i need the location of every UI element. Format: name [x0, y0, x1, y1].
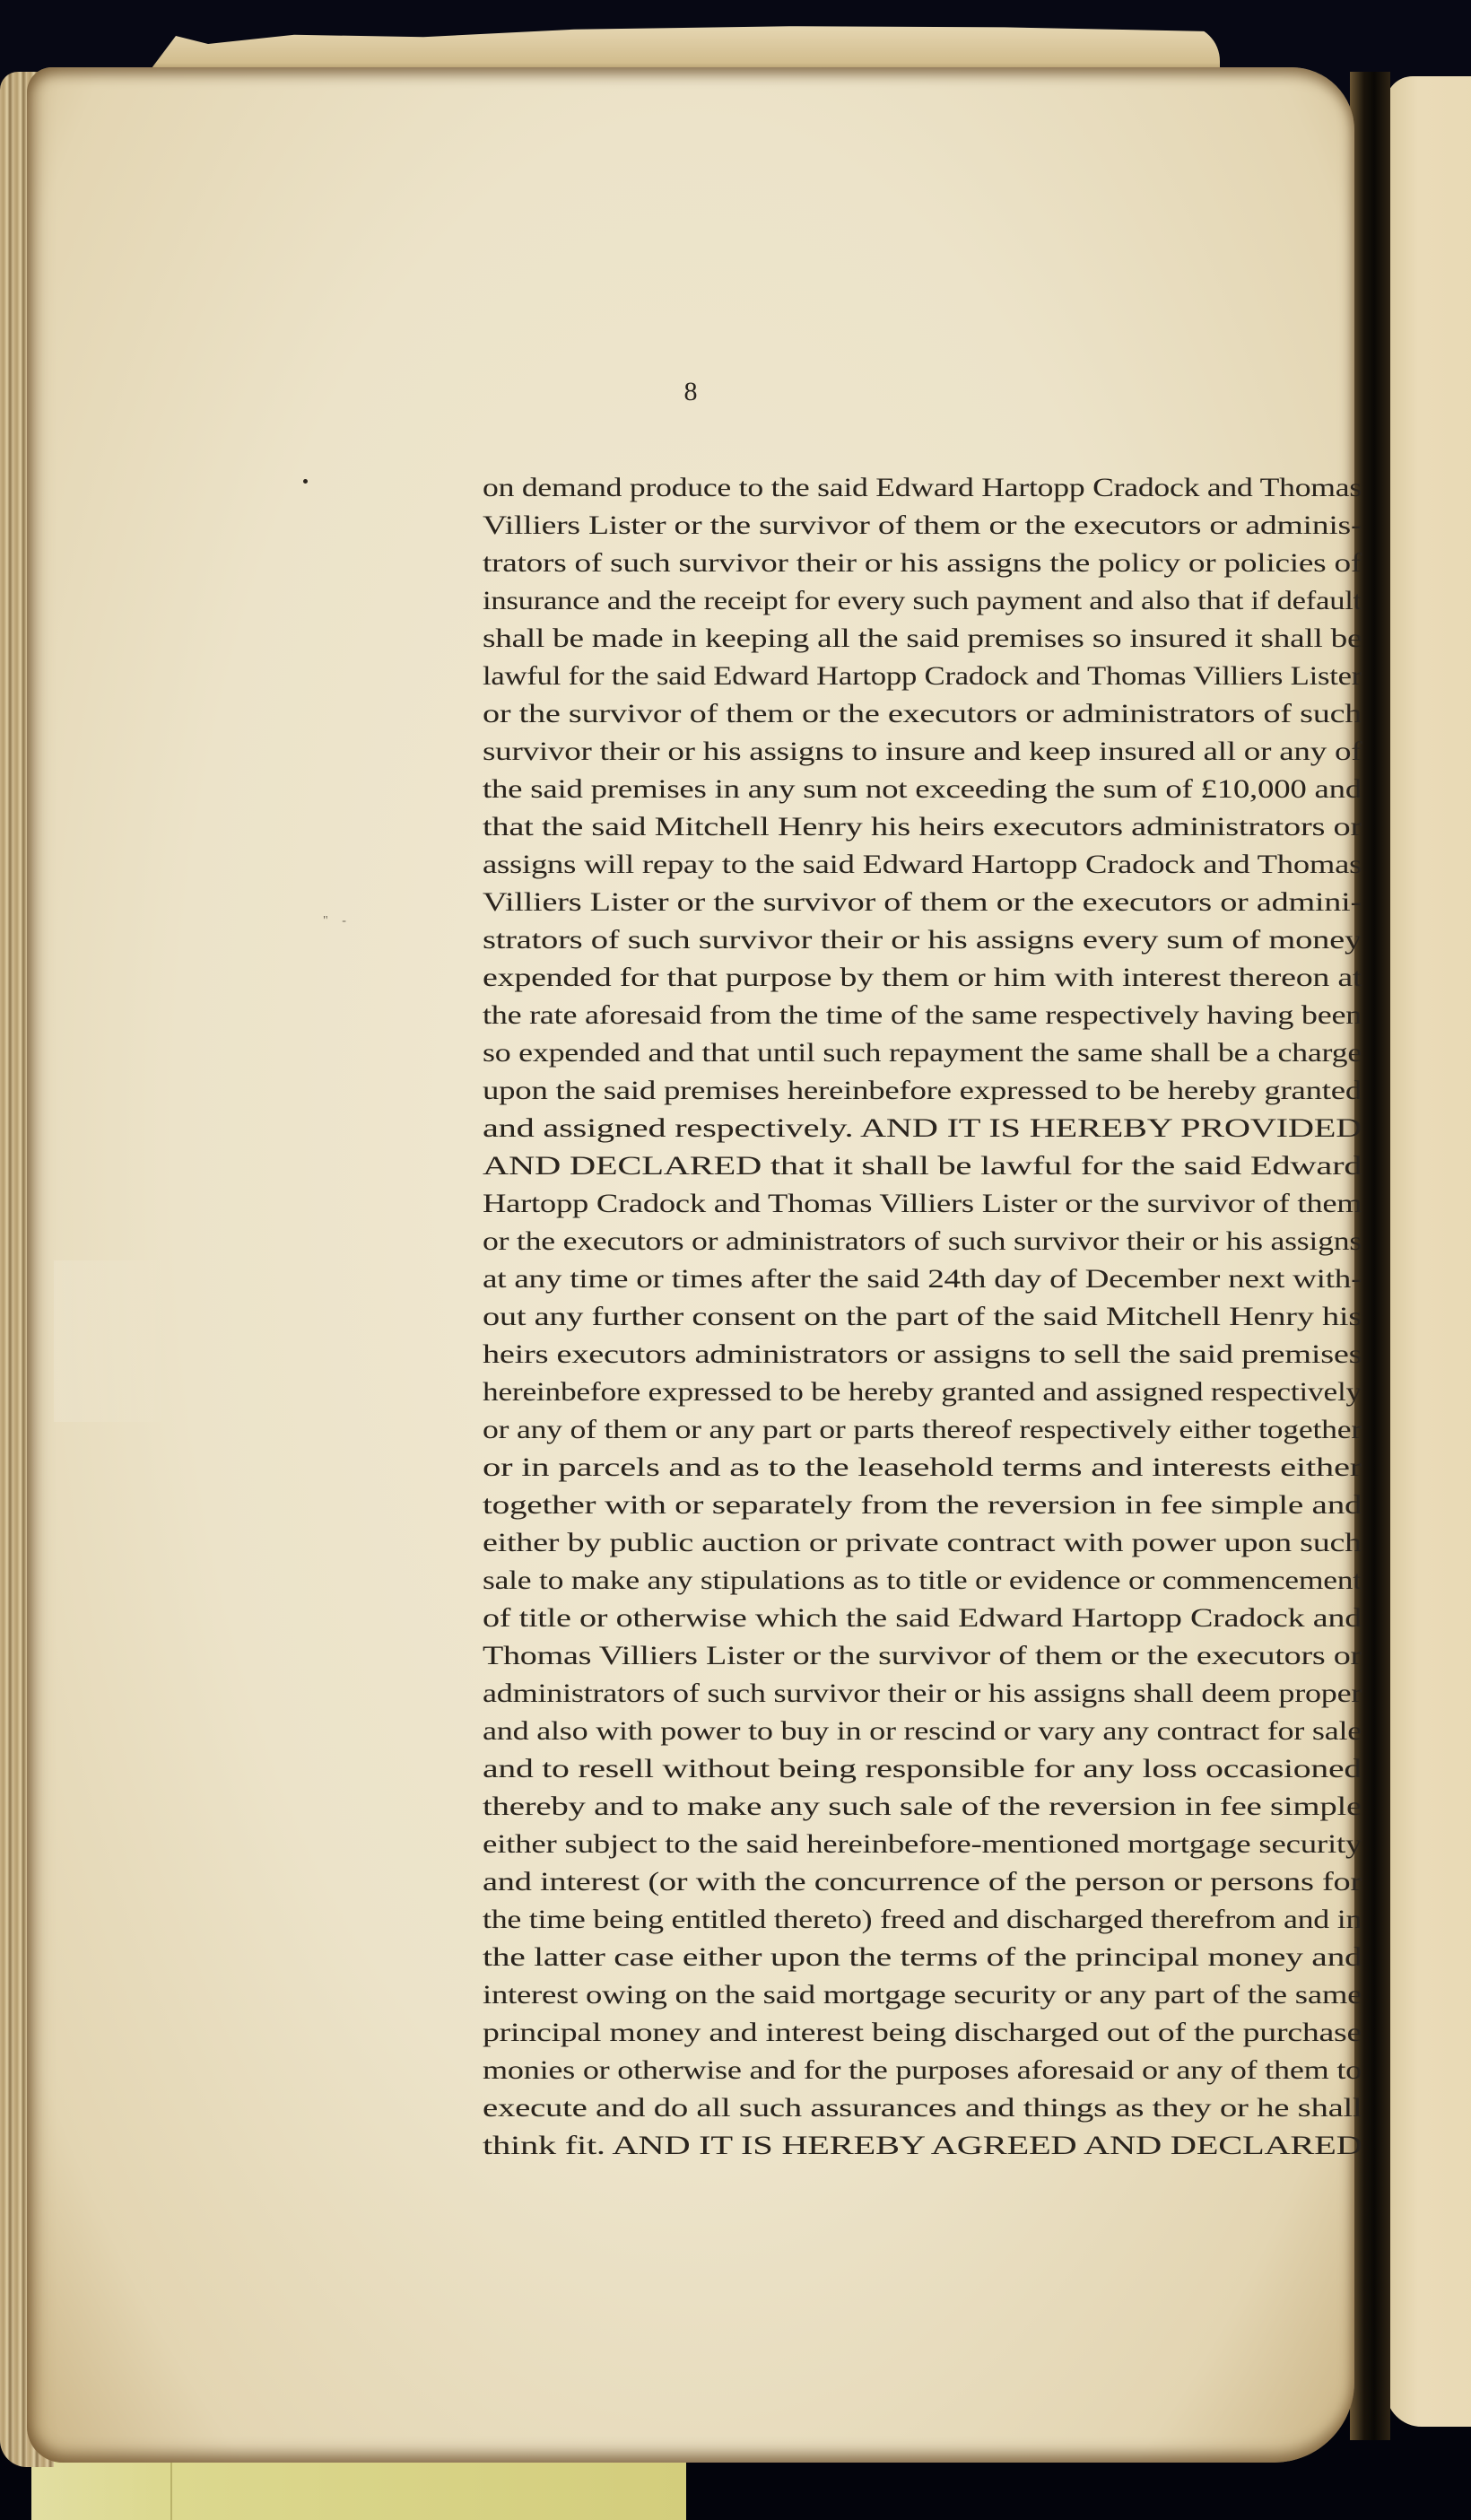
text-line: or in parcels and as to the leasehold te… [483, 1449, 1362, 1487]
text-line: and to resell without being responsible … [483, 1750, 1362, 1788]
text-line: hereinbefore expressed to be hereby gran… [483, 1373, 1362, 1411]
text-line: the rate aforesaid from the time of the … [483, 997, 1362, 1034]
text-line: the time being entitled thereto) freed a… [483, 1901, 1362, 1939]
text-line: upon the said premises hereinbefore expr… [483, 1072, 1362, 1110]
text-line: insurance and the receipt for every such… [483, 582, 1362, 620]
facing-page-edge [1386, 76, 1471, 2427]
margin-ink-mark: " - [323, 914, 352, 929]
text-line: interest owing on the said mortgage secu… [483, 1976, 1362, 2014]
text-line: survivor their or his assigns to insure … [483, 733, 1362, 771]
text-line: expended for that purpose by them or him… [483, 959, 1362, 997]
text-line: execute and do all such assurances and t… [483, 2089, 1362, 2127]
text-line: Villiers Lister or the survivor of them … [483, 507, 1362, 545]
text-line: think fit. AND IT IS HEREBY AGREED AND D… [483, 2127, 1362, 2165]
text-line: or any of them or any part or parts ther… [483, 1411, 1362, 1449]
yellow-insert-sheet [31, 2454, 686, 2520]
sheet-fold-line [170, 2454, 172, 2520]
document-page: 8 " - on demand produce to the said Edwa… [27, 67, 1354, 2463]
text-line: of title or otherwise which the said Edw… [483, 1600, 1362, 1637]
text-line: either subject to the said hereinbefore-… [483, 1826, 1362, 1863]
text-line: Villiers Lister or the survivor of them … [483, 884, 1362, 921]
text-line: thereby and to make any such sale of the… [483, 1788, 1362, 1826]
text-line: Thomas Villiers Lister or the survivor o… [483, 1637, 1362, 1675]
text-line: or the executors or administrators of su… [483, 1223, 1362, 1260]
text-line: trators of such survivor their or his as… [483, 545, 1362, 582]
text-line: the latter case either upon the terms of… [483, 1939, 1362, 1976]
margin-ink-dot [303, 479, 308, 484]
text-line: and interest (or with the concurrence of… [483, 1863, 1362, 1901]
text-line: AND DECLARED that it shall be lawful for… [483, 1147, 1362, 1185]
text-line: Hartopp Cradock and Thomas Villiers List… [483, 1185, 1362, 1223]
text-line: heirs executors administrators or assign… [483, 1336, 1362, 1373]
text-line: or the survivor of them or the executors… [483, 695, 1362, 733]
tape-mark [54, 1260, 161, 1422]
text-line: shall be made in keeping all the said pr… [483, 620, 1362, 658]
text-line: and assigned respectively. AND IT IS HER… [483, 1110, 1362, 1147]
text-line: on demand produce to the said Edward Har… [483, 469, 1362, 507]
text-line: together with or separately from the rev… [483, 1487, 1362, 1524]
text-line: sale to make any stipulations as to titl… [483, 1562, 1362, 1600]
text-line: and also with power to buy in or rescind… [483, 1713, 1362, 1750]
text-line: so expended and that until such repaymen… [483, 1034, 1362, 1072]
text-line: at any time or times after the said 24th… [483, 1260, 1362, 1298]
text-line: strators of such survivor their or his a… [483, 921, 1362, 959]
text-line: monies or otherwise and for the purposes… [483, 2052, 1362, 2089]
text-line: lawful for the said Edward Hartopp Crado… [483, 658, 1362, 695]
text-line: that the said Mitchell Henry his heirs e… [483, 808, 1362, 846]
text-line: the said premises in any sum not exceedi… [483, 771, 1362, 808]
page-number: 8 [27, 377, 1354, 407]
text-line: assigns will repay to the said Edward Ha… [483, 846, 1362, 884]
text-line: either by public auction or private cont… [483, 1524, 1362, 1562]
text-line: out any further consent on the part of t… [483, 1298, 1362, 1336]
text-line: administrators of such survivor their or… [483, 1675, 1362, 1713]
body-text: on demand produce to the said Edward Har… [483, 469, 1362, 2165]
text-line: principal money and interest being disch… [483, 2014, 1362, 2052]
